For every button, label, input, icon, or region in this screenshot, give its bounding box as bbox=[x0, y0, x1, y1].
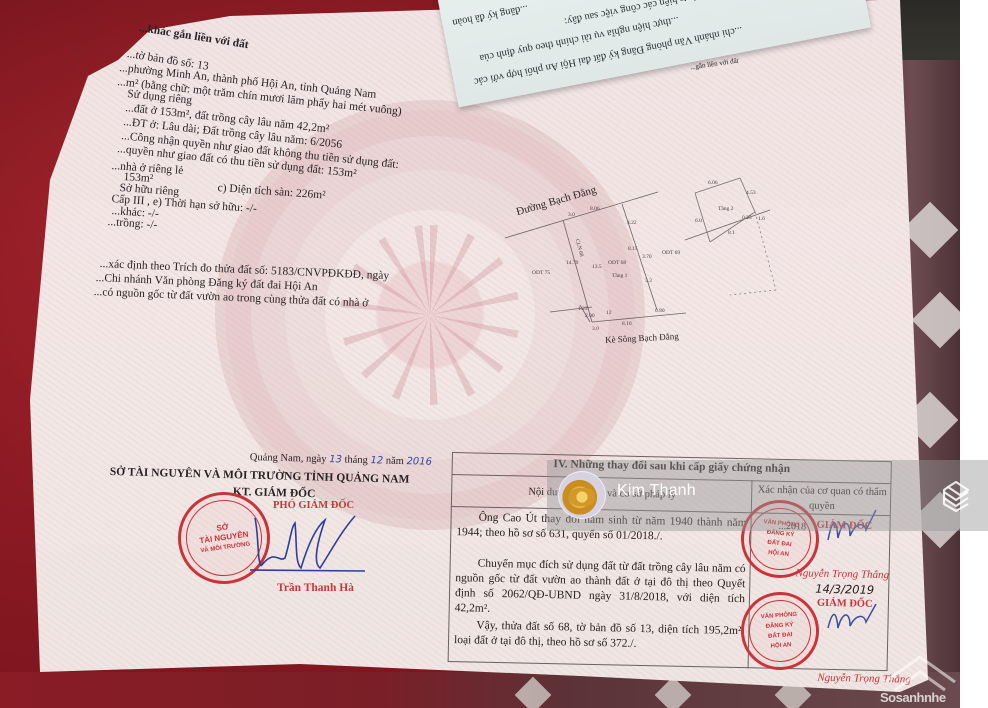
layers-stack-icon[interactable] bbox=[938, 478, 974, 514]
dimension: 8.15 bbox=[628, 246, 638, 252]
floor-label: Tầng 2 bbox=[718, 206, 733, 212]
dimension: 0.25 bbox=[742, 215, 752, 221]
dimension: 8.1 bbox=[728, 230, 735, 236]
dimension: 1.6 bbox=[758, 216, 765, 222]
dimension: 3.3 bbox=[645, 278, 652, 284]
parcel-label: ODT 68 bbox=[608, 260, 626, 266]
dimension: 8.06 bbox=[590, 206, 600, 212]
note-line: ...đăng ký đã hoàn bbox=[451, 2, 529, 27]
sign-year: 2016 bbox=[406, 456, 432, 468]
dimension: 14.79 bbox=[566, 260, 578, 266]
author-name[interactable]: Kim Thanh bbox=[617, 482, 696, 500]
place-prefix: Quảng Nam, ngày bbox=[250, 452, 327, 465]
change-entry: Chuyển mục đích sử dụng đất từ đất trồng… bbox=[455, 556, 746, 622]
year-label: năm bbox=[386, 456, 404, 467]
dimension: 6.06 bbox=[708, 180, 718, 186]
dimension: 13.5 bbox=[592, 264, 602, 270]
site-watermark: Sosanhnhe bbox=[880, 690, 946, 705]
dimension: 1.23 bbox=[578, 306, 588, 312]
dimension: 4.53 bbox=[746, 190, 756, 196]
dimension: 12 bbox=[606, 310, 612, 316]
seal-text: HỘI AN bbox=[770, 640, 791, 651]
dimension: 0.80 bbox=[655, 308, 665, 314]
watermark-logo-icon bbox=[880, 642, 960, 692]
parcel-map: Đường Bạch Đằng Kè Sông Bạch Đằng ODT 75… bbox=[500, 150, 800, 350]
parcel-label: ODT 75 bbox=[532, 270, 550, 276]
month-label: tháng bbox=[344, 454, 368, 466]
signature-icon bbox=[245, 508, 375, 578]
sign-day: 13 bbox=[329, 454, 342, 465]
seal-text: HỘI AN bbox=[768, 548, 790, 560]
avatar[interactable] bbox=[558, 471, 606, 519]
floor-label: Tầng 1 bbox=[612, 273, 627, 279]
dimension: 3.0 bbox=[592, 326, 599, 332]
dimension: 2.00 bbox=[585, 313, 595, 319]
confirm-signer: Nguyễn Trọng Thắng bbox=[795, 567, 889, 581]
dimension: 3.70 bbox=[642, 254, 652, 260]
author-overlay-bar[interactable] bbox=[547, 460, 988, 531]
sun-star-icon bbox=[340, 225, 520, 405]
confirm-date: 14/3/2019 bbox=[815, 582, 874, 598]
dimension: 8.10 bbox=[622, 321, 632, 327]
change-entry: Vậy, thửa đất số 68, tờ bản đồ số 13, di… bbox=[454, 618, 745, 654]
dimension: 4.22 bbox=[627, 220, 637, 226]
signature-icon bbox=[820, 598, 880, 648]
signer-name: Trần Thanh Hà bbox=[277, 582, 354, 594]
dimension: 3.0 bbox=[568, 212, 575, 218]
sign-month: 12 bbox=[370, 455, 383, 466]
dimension: 6.0 bbox=[695, 218, 702, 224]
land-use-certificate: ········ ········ ········ ········ ····… bbox=[0, 0, 960, 708]
parcel-map-lines bbox=[500, 150, 800, 350]
parcel-label: ODT 69 bbox=[662, 250, 680, 256]
